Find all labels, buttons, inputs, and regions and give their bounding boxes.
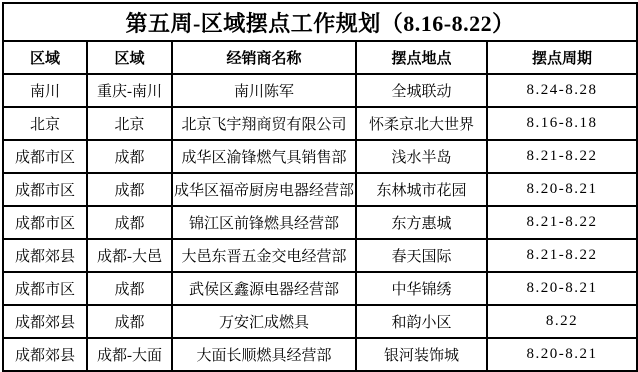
dealer-cell: 成华区渝锋燃气具销售部 xyxy=(172,140,356,173)
dealer-cell: 大邑东晋五金交电经营部 xyxy=(172,239,356,272)
location-cell: 东方惠城 xyxy=(356,206,487,239)
location-cell: 全城联动 xyxy=(356,74,487,107)
location-cell: 银河装饰城 xyxy=(356,338,487,371)
column-header-region-2: 区域 xyxy=(87,41,172,74)
subregion-cell: 成都 xyxy=(87,140,172,173)
region-cell: 成都市区 xyxy=(3,272,87,305)
subregion-cell: 成都-大面 xyxy=(87,338,172,371)
table-row: 成都市区成都武侯区鑫源电器经营部中华锦绣8.20-8.21 xyxy=(3,272,637,305)
table-row: 成都市区成都成华区福帝厨房电器经营部东林城市花园8.20-8.21 xyxy=(3,173,637,206)
subregion-cell: 重庆-南川 xyxy=(87,74,172,107)
dealer-cell: 锦江区前锋燃具经营部 xyxy=(172,206,356,239)
dealer-cell: 万安汇成燃具 xyxy=(172,305,356,338)
subregion-cell: 成都-大邑 xyxy=(87,239,172,272)
table-body: 南川重庆-南川南川陈军全城联动8.24-8.28北京北京北京飞宇翔商贸有限公司怀… xyxy=(3,74,637,371)
region-cell: 成都郊县 xyxy=(3,305,87,338)
column-header-dealer-name: 经销商名称 xyxy=(172,41,356,74)
table-row: 北京北京北京飞宇翔商贸有限公司怀柔京北大世界8.16-8.18 xyxy=(3,107,637,140)
region-cell: 南川 xyxy=(3,74,87,107)
title-row: 第五周-区域摆点工作规划（8.16-8.22） xyxy=(3,3,637,41)
location-cell: 中华锦绣 xyxy=(356,272,487,305)
region-cell: 成都郊县 xyxy=(3,239,87,272)
location-cell: 和韵小区 xyxy=(356,305,487,338)
plan-table: 第五周-区域摆点工作规划（8.16-8.22） 区域 区域 经销商名称 摆点地点… xyxy=(2,2,638,372)
dealer-cell: 大面长顺燃具经营部 xyxy=(172,338,356,371)
dealer-cell: 武侯区鑫源电器经营部 xyxy=(172,272,356,305)
subregion-cell: 成都 xyxy=(87,206,172,239)
period-cell: 8.24-8.28 xyxy=(487,74,637,107)
column-header-region-1: 区域 xyxy=(3,41,87,74)
subregion-cell: 成都 xyxy=(87,272,172,305)
subregion-cell: 北京 xyxy=(87,107,172,140)
table-row: 成都市区成都成华区渝锋燃气具销售部浅水半岛8.21-8.22 xyxy=(3,140,637,173)
region-cell: 成都市区 xyxy=(3,140,87,173)
period-cell: 8.20-8.21 xyxy=(487,173,637,206)
table-row: 成都郊县成都-大面大面长顺燃具经营部银河装饰城8.20-8.21 xyxy=(3,338,637,371)
header-row: 区域 区域 经销商名称 摆点地点 摆点周期 xyxy=(3,41,637,74)
worksheet: 第五周-区域摆点工作规划（8.16-8.22） 区域 区域 经销商名称 摆点地点… xyxy=(0,0,638,371)
period-cell: 8.20-8.21 xyxy=(487,338,637,371)
table-row: 成都郊县成都-大邑大邑东晋五金交电经营部春天国际8.21-8.22 xyxy=(3,239,637,272)
region-cell: 成都市区 xyxy=(3,173,87,206)
location-cell: 怀柔京北大世界 xyxy=(356,107,487,140)
location-cell: 东林城市花园 xyxy=(356,173,487,206)
period-cell: 8.21-8.22 xyxy=(487,140,637,173)
page-title: 第五周-区域摆点工作规划（8.16-8.22） xyxy=(3,3,637,41)
subregion-cell: 成都 xyxy=(87,173,172,206)
location-cell: 浅水半岛 xyxy=(356,140,487,173)
table-row: 成都郊县成都万安汇成燃具和韵小区8.22 xyxy=(3,305,637,338)
table-row: 南川重庆-南川南川陈军全城联动8.24-8.28 xyxy=(3,74,637,107)
region-cell: 成都郊县 xyxy=(3,338,87,371)
period-cell: 8.21-8.22 xyxy=(487,239,637,272)
column-header-display-location: 摆点地点 xyxy=(356,41,487,74)
dealer-cell: 成华区福帝厨房电器经营部 xyxy=(172,173,356,206)
period-cell: 8.20-8.21 xyxy=(487,272,637,305)
dealer-cell: 南川陈军 xyxy=(172,74,356,107)
subregion-cell: 成都 xyxy=(87,305,172,338)
location-cell: 春天国际 xyxy=(356,239,487,272)
period-cell: 8.21-8.22 xyxy=(487,206,637,239)
dealer-cell: 北京飞宇翔商贸有限公司 xyxy=(172,107,356,140)
table-row: 成都市区成都锦江区前锋燃具经营部东方惠城8.21-8.22 xyxy=(3,206,637,239)
period-cell: 8.22 xyxy=(487,305,637,338)
region-cell: 北京 xyxy=(3,107,87,140)
column-header-display-period: 摆点周期 xyxy=(487,41,637,74)
period-cell: 8.16-8.18 xyxy=(487,107,637,140)
region-cell: 成都市区 xyxy=(3,206,87,239)
